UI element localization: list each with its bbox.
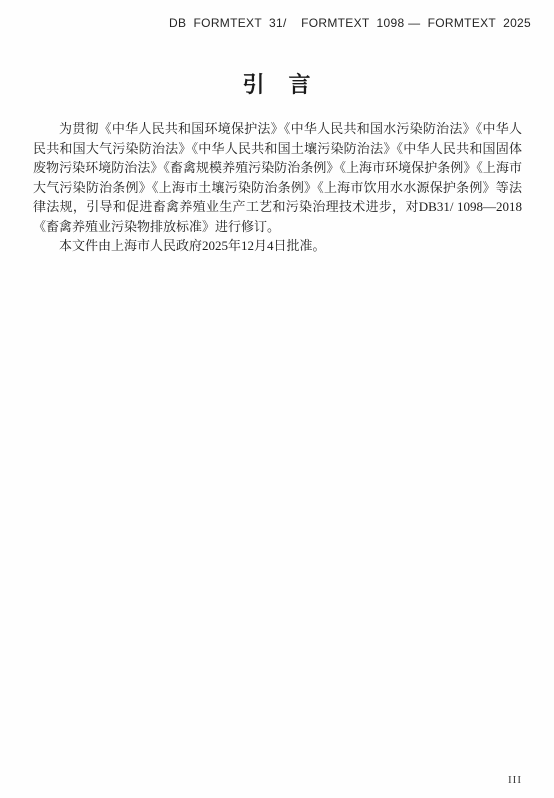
paragraph-approval: 本文件由上海市人民政府2025年12月4日批准。: [33, 236, 522, 256]
page-title: 引 言: [0, 68, 554, 99]
standard-number-header: DB FORMTEXT 31/ FORMTEXT 1098 — FORMTEXT…: [0, 16, 531, 30]
paragraph-legal-basis: 为贯彻《中华人民共和国环境保护法》《中华人民共和国水污染防治法》《中华人民共和国…: [33, 119, 522, 236]
page-number: III: [508, 774, 522, 786]
document-page: DB FORMTEXT 31/ FORMTEXT 1098 — FORMTEXT…: [0, 0, 554, 798]
body-text: 为贯彻《中华人民共和国环境保护法》《中华人民共和国水污染防治法》《中华人民共和国…: [33, 119, 522, 256]
